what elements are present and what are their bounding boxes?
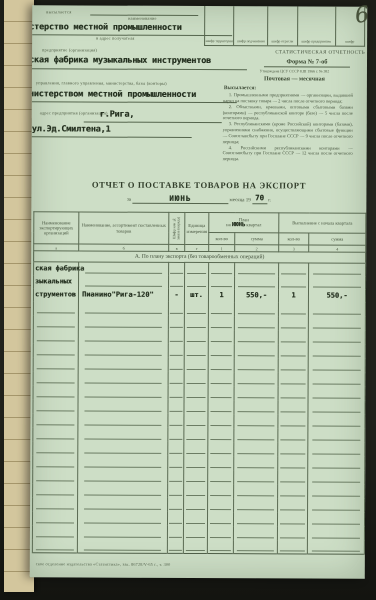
table-cell xyxy=(78,357,168,371)
table-cell: ская фабрика xyxy=(34,262,79,275)
table-cell xyxy=(33,469,78,483)
cell-value: 550,- xyxy=(309,292,365,299)
table-cell xyxy=(78,343,168,357)
table-cell xyxy=(278,484,308,498)
table-header-row: Наименование экспортирующих организаций … xyxy=(34,212,366,233)
ruled-line xyxy=(211,327,233,328)
ruled-line xyxy=(84,494,161,495)
ruled-line xyxy=(281,286,306,287)
table-cell xyxy=(208,358,234,372)
table-cell xyxy=(33,427,78,441)
ruled-line xyxy=(85,340,162,341)
ruled-line xyxy=(169,550,182,551)
ruled-line xyxy=(238,313,275,314)
ruled-line xyxy=(313,327,361,328)
table-cell: 550,- xyxy=(308,289,365,302)
statistical-reporting-label: СТАТИСТИЧЕСКАЯ ОТЧЕТНОСТЬ xyxy=(220,50,365,56)
table-cell xyxy=(235,276,279,289)
cell-value: Пианино"Рига-120" xyxy=(79,291,168,298)
table-cell xyxy=(184,399,208,413)
ruled-line xyxy=(281,327,306,328)
table-cell xyxy=(168,455,184,469)
table-cell xyxy=(184,497,208,511)
table-cell xyxy=(307,512,364,526)
table-row xyxy=(33,469,365,484)
table-cell xyxy=(208,344,234,358)
header-done-qty: кол-во xyxy=(279,233,309,245)
table-cell xyxy=(278,400,308,414)
table-cell xyxy=(308,302,365,316)
ruled-line xyxy=(170,396,183,397)
table-cell xyxy=(309,263,366,276)
table-cell xyxy=(183,511,207,525)
ruled-line xyxy=(186,326,206,327)
ruled-line xyxy=(85,424,162,425)
header-unit: Единица измерения xyxy=(185,212,209,244)
month-year-label: месяца 19 xyxy=(230,198,251,203)
ruled-line xyxy=(169,466,182,467)
ruled-line xyxy=(211,313,233,314)
table-cell xyxy=(78,427,168,441)
ruled-line xyxy=(186,508,206,509)
ruled-line xyxy=(313,383,361,384)
ruled-line xyxy=(186,480,206,481)
table-cell xyxy=(278,302,308,316)
table-cell xyxy=(208,316,234,330)
table-cell xyxy=(279,263,309,276)
table-cell xyxy=(33,413,78,427)
plan-prefix: на xyxy=(226,222,231,227)
header-plan-group: План на ИЮНЬ квартал xyxy=(209,213,279,233)
table-cell xyxy=(78,329,168,343)
ruled-line xyxy=(238,369,275,370)
ruled-line xyxy=(237,537,274,538)
ruled-line xyxy=(186,424,206,425)
month-blank: ИЮНЬ xyxy=(132,194,228,204)
ruled-line xyxy=(237,481,274,482)
table-cell xyxy=(168,497,184,511)
ruled-line xyxy=(312,439,360,440)
ruled-line xyxy=(237,509,274,510)
table-cell xyxy=(168,315,184,329)
code-box-label: шифр xyxy=(345,41,354,46)
ruled-line xyxy=(312,425,360,426)
ruled-line xyxy=(186,382,206,383)
table-cell xyxy=(33,399,78,413)
cell-value: шт. xyxy=(185,291,208,298)
table-row xyxy=(33,483,365,498)
approved-by-label: Утверждена ЦСУ СССР 8.III 1966 г. № 382 xyxy=(224,69,365,74)
org-hint-label: предприятие (организация) xyxy=(42,48,97,53)
ruled-line xyxy=(187,272,207,273)
table-cell xyxy=(208,372,234,386)
ministry-hint-label: управления, главного управления, министе… xyxy=(36,81,167,86)
ruled-line xyxy=(281,273,306,274)
ruled-line xyxy=(281,411,306,412)
ruled-line xyxy=(210,550,232,551)
table-cell xyxy=(78,483,168,497)
table-cell: 1 xyxy=(278,289,308,302)
table-cell xyxy=(33,301,78,315)
ruled-line xyxy=(85,312,162,313)
table-cell xyxy=(32,525,77,539)
code-box: шифр подчинения xyxy=(234,6,268,45)
code-box-label: шифр подчинения xyxy=(237,40,265,45)
ruled-line xyxy=(186,340,206,341)
table-cell xyxy=(233,540,277,554)
code-box-label: шифр территории xyxy=(206,40,233,45)
ruled-line xyxy=(85,452,162,453)
table-cell xyxy=(278,316,308,330)
table-cell xyxy=(33,343,78,357)
table-cell xyxy=(309,276,366,289)
table-cell xyxy=(168,399,184,413)
ruled-line xyxy=(210,439,232,440)
ruled-line xyxy=(210,467,232,468)
ruled-line xyxy=(313,273,361,274)
header-plan-sum: сумма xyxy=(235,233,279,245)
ruled-line xyxy=(85,368,162,369)
ruled-line xyxy=(186,522,206,523)
table-cell xyxy=(209,276,235,289)
table-cell xyxy=(185,262,209,275)
table-cell xyxy=(234,456,278,470)
table-cell xyxy=(32,539,77,553)
table-cell: струментов xyxy=(33,288,78,301)
table-cell xyxy=(277,540,307,554)
table-cell xyxy=(78,301,168,315)
export-report-form: высылается наименование стерство местной… xyxy=(30,5,367,578)
table-cell xyxy=(167,539,183,553)
ruled-line xyxy=(84,508,161,509)
table-cell xyxy=(208,456,234,470)
ruled-line xyxy=(281,369,306,370)
table-cell xyxy=(278,372,308,386)
ruled-line xyxy=(170,410,183,411)
table-cell xyxy=(278,470,308,484)
header-exporting-orgs: Наименование экспортирующих организаций xyxy=(34,212,79,244)
table-cell xyxy=(308,358,365,372)
sent-to-label: высылается xyxy=(46,10,72,15)
ruled-line xyxy=(84,550,161,551)
table-cell xyxy=(279,276,309,289)
table-cell xyxy=(33,357,78,371)
ruled-line xyxy=(169,452,182,453)
table-cell xyxy=(168,441,184,455)
table-cell xyxy=(234,358,278,372)
ruled-line xyxy=(84,480,161,481)
cell-value: 550,- xyxy=(235,292,278,299)
ruled-line xyxy=(312,467,360,468)
table-cell xyxy=(278,456,308,470)
table-cell xyxy=(308,484,365,498)
table-cell xyxy=(207,526,233,540)
table-cell: - xyxy=(168,288,184,301)
table-cell xyxy=(277,512,307,526)
ruled-line xyxy=(85,354,162,355)
ruled-line xyxy=(313,341,361,342)
ruled-line xyxy=(281,355,306,356)
table-cell xyxy=(233,512,277,526)
table-cell xyxy=(184,455,208,469)
table-cell xyxy=(278,498,308,512)
table-cell xyxy=(234,484,278,498)
table-row xyxy=(33,455,365,470)
ruled-line xyxy=(36,466,74,467)
table-cell xyxy=(278,386,308,400)
cell-value: 1 xyxy=(209,292,234,299)
ruled-line xyxy=(85,285,162,286)
table-cell: 1 xyxy=(208,289,234,302)
table-cell xyxy=(207,512,233,526)
table-cell xyxy=(208,484,234,498)
ruled-line xyxy=(280,467,305,468)
ruled-line xyxy=(210,383,232,384)
year-blank: 70 xyxy=(252,194,267,204)
ruled-line xyxy=(186,452,206,453)
ruled-line xyxy=(37,382,75,383)
table-cell xyxy=(33,441,78,455)
table-row xyxy=(33,413,365,428)
report-title: ОТЧЕТ О ПОСТАВКЕ ТОВАРОВ НА ЭКСПОРТ xyxy=(31,179,366,190)
table-cell xyxy=(168,357,184,371)
table-cell xyxy=(308,428,365,442)
table-cell xyxy=(234,498,278,512)
table-cell xyxy=(234,372,278,386)
ruled-line xyxy=(84,522,161,523)
ruled-line xyxy=(186,494,206,495)
ruled-line xyxy=(210,355,232,356)
table-cell xyxy=(234,386,278,400)
table-cell xyxy=(168,427,184,441)
ruled-line xyxy=(210,537,232,538)
code-box: шифр предприятия xyxy=(297,6,335,45)
table-cell xyxy=(33,455,78,469)
ruled-line xyxy=(169,424,182,425)
ruled-line xyxy=(313,286,361,287)
table-cell xyxy=(184,385,208,399)
typed-month-value: ИЮНЬ xyxy=(169,194,191,203)
table-cell xyxy=(184,483,208,497)
ruled-line xyxy=(280,425,305,426)
ruled-line xyxy=(237,523,274,524)
ruled-line xyxy=(281,313,306,314)
street-typed-line: ул.Эд.Смилтена,1 xyxy=(32,125,111,134)
table-cell xyxy=(234,414,278,428)
table-cell xyxy=(184,441,208,455)
send-rules-title: Высылается: xyxy=(224,85,256,91)
ruled-line xyxy=(210,509,232,510)
table-cell xyxy=(78,385,168,399)
scanned-report-page: высылается наименование стерство местной… xyxy=(0,0,376,600)
table-cell xyxy=(308,442,365,456)
form-number: Форма № 7-об xyxy=(264,58,350,67)
table-row xyxy=(32,511,364,526)
table-cell xyxy=(168,343,184,357)
table-cell xyxy=(168,385,184,399)
table-cell xyxy=(208,498,234,512)
table-cell xyxy=(184,315,208,329)
table-cell xyxy=(308,316,365,330)
code-box-label: шифр предприятия xyxy=(301,40,330,45)
ruled-line xyxy=(36,438,74,439)
table-cell xyxy=(78,399,168,413)
table-cell xyxy=(184,329,208,343)
ruled-line xyxy=(85,396,162,397)
year-suffix-label: г. xyxy=(268,198,271,203)
ruled-line xyxy=(36,549,74,550)
table-cell xyxy=(308,330,365,344)
ruled-line xyxy=(36,424,74,425)
table-cell xyxy=(33,315,78,329)
plan-period: на ИЮНЬ квартал xyxy=(210,222,277,229)
ruled-line xyxy=(85,326,162,327)
cell-value: - xyxy=(169,291,184,298)
table-row xyxy=(33,427,365,442)
table-cell xyxy=(208,386,234,400)
instruction-item: 1. Промышленными предприятиями — организ… xyxy=(223,92,353,104)
table-cell xyxy=(307,540,364,554)
table-row xyxy=(33,343,365,358)
ruled-line xyxy=(84,466,161,467)
table-row xyxy=(33,497,365,512)
header-plan-qty: кол-во xyxy=(209,233,235,245)
table-cell xyxy=(78,371,168,385)
table-cell xyxy=(208,400,234,414)
ruled-line xyxy=(211,273,233,274)
code-box-label: шифр отрасли xyxy=(272,40,294,45)
table-cell: шт. xyxy=(184,288,208,301)
code-boxes: шифр территориишифр подчиненияшифр отрас… xyxy=(204,6,365,47)
table-cell xyxy=(278,428,308,442)
instruction-item: 2. Областными, краевыми, оптовыми сбытов… xyxy=(223,104,353,122)
ruled-line xyxy=(186,466,206,467)
ruled-line xyxy=(186,438,206,439)
table-cell xyxy=(308,372,365,386)
ruled-line xyxy=(238,383,275,384)
ruled-line xyxy=(238,273,275,274)
table-cell xyxy=(168,469,184,483)
ruled-line xyxy=(170,312,183,313)
ruled-line xyxy=(237,550,274,551)
table-cell xyxy=(78,413,168,427)
ruled-line xyxy=(85,382,162,383)
cell-value: зыкальных xyxy=(34,278,78,285)
table-cell xyxy=(184,469,208,483)
ruled-line xyxy=(210,425,232,426)
ruled-line xyxy=(170,272,183,273)
ruled-line xyxy=(280,453,305,454)
za-label: за xyxy=(127,198,131,203)
table-cell xyxy=(184,343,208,357)
table-cell xyxy=(234,442,278,456)
ruled-line xyxy=(169,522,182,523)
ruled-line xyxy=(281,341,306,342)
ruled-line xyxy=(210,453,232,454)
table-cell: 550,- xyxy=(234,289,278,302)
ruled-line xyxy=(36,494,74,495)
table-cell xyxy=(184,371,208,385)
table-row xyxy=(33,357,365,372)
instruction-item: 4. Российскими республиканскими конторам… xyxy=(223,145,353,163)
table-cell xyxy=(78,315,168,329)
ruled-line xyxy=(170,382,183,383)
report-period-line: за ИЮНЬ месяца 19 70 г. xyxy=(31,193,366,204)
ruled-line xyxy=(169,508,182,509)
table-cell xyxy=(77,511,167,525)
code-box: шифр отрасли xyxy=(267,6,297,45)
ruled-line xyxy=(36,508,74,509)
table-cell xyxy=(184,301,208,315)
table-cell xyxy=(308,344,365,358)
table-cell xyxy=(307,526,364,540)
ruled-line xyxy=(211,341,233,342)
ruled-line xyxy=(312,397,360,398)
header-order-code: Шифр или № заказа (наряда) xyxy=(169,212,185,244)
code-box: шифр территории xyxy=(204,6,234,45)
street-underline xyxy=(32,136,192,138)
table-cell xyxy=(233,526,277,540)
table-cell xyxy=(167,525,183,539)
city-typed-line: г.Рига, xyxy=(100,111,134,120)
table-cell xyxy=(308,414,365,428)
table-cell xyxy=(234,316,278,330)
table-cell xyxy=(278,442,308,456)
table-cell xyxy=(78,497,168,511)
ruled-line xyxy=(169,438,182,439)
ruled-line xyxy=(170,285,183,286)
table-cell xyxy=(78,469,168,483)
ruled-line xyxy=(36,522,74,523)
table-cell xyxy=(234,470,278,484)
cell-value: ская фабрика xyxy=(34,265,78,272)
ruled-line xyxy=(210,369,232,370)
ministry-typed-line: нистерством местной промышленности xyxy=(30,90,196,99)
ruled-line xyxy=(312,495,360,496)
ruled-line xyxy=(280,550,305,551)
table-cell xyxy=(208,470,234,484)
periodicity-label: Почтовая — месячная xyxy=(232,76,357,83)
table-cell xyxy=(209,263,235,276)
table-cell xyxy=(234,344,278,358)
table-cell xyxy=(169,275,185,288)
header-goods: Наименование, ассортимент поставленных т… xyxy=(79,212,169,244)
ruled-line xyxy=(312,550,360,551)
table-cell xyxy=(78,455,168,469)
ruled-line xyxy=(37,410,75,411)
table-cell xyxy=(234,428,278,442)
ruled-line xyxy=(238,341,275,342)
table-cell xyxy=(184,357,208,371)
ruled-line xyxy=(312,523,360,524)
table-cell xyxy=(234,400,278,414)
ruled-line xyxy=(280,523,305,524)
organization-underline xyxy=(32,68,247,70)
table-cell xyxy=(79,262,169,275)
ruled-line xyxy=(237,453,274,454)
ruled-line xyxy=(210,411,232,412)
table-cell xyxy=(33,329,78,343)
table-cell xyxy=(278,330,308,344)
ruled-line xyxy=(170,326,183,327)
ruled-line xyxy=(85,438,162,439)
table-cell xyxy=(77,525,167,539)
ruled-line xyxy=(85,410,162,411)
ruled-line xyxy=(280,509,305,510)
ruled-line xyxy=(169,494,182,495)
ruled-line xyxy=(169,480,182,481)
ruled-line xyxy=(36,536,74,537)
